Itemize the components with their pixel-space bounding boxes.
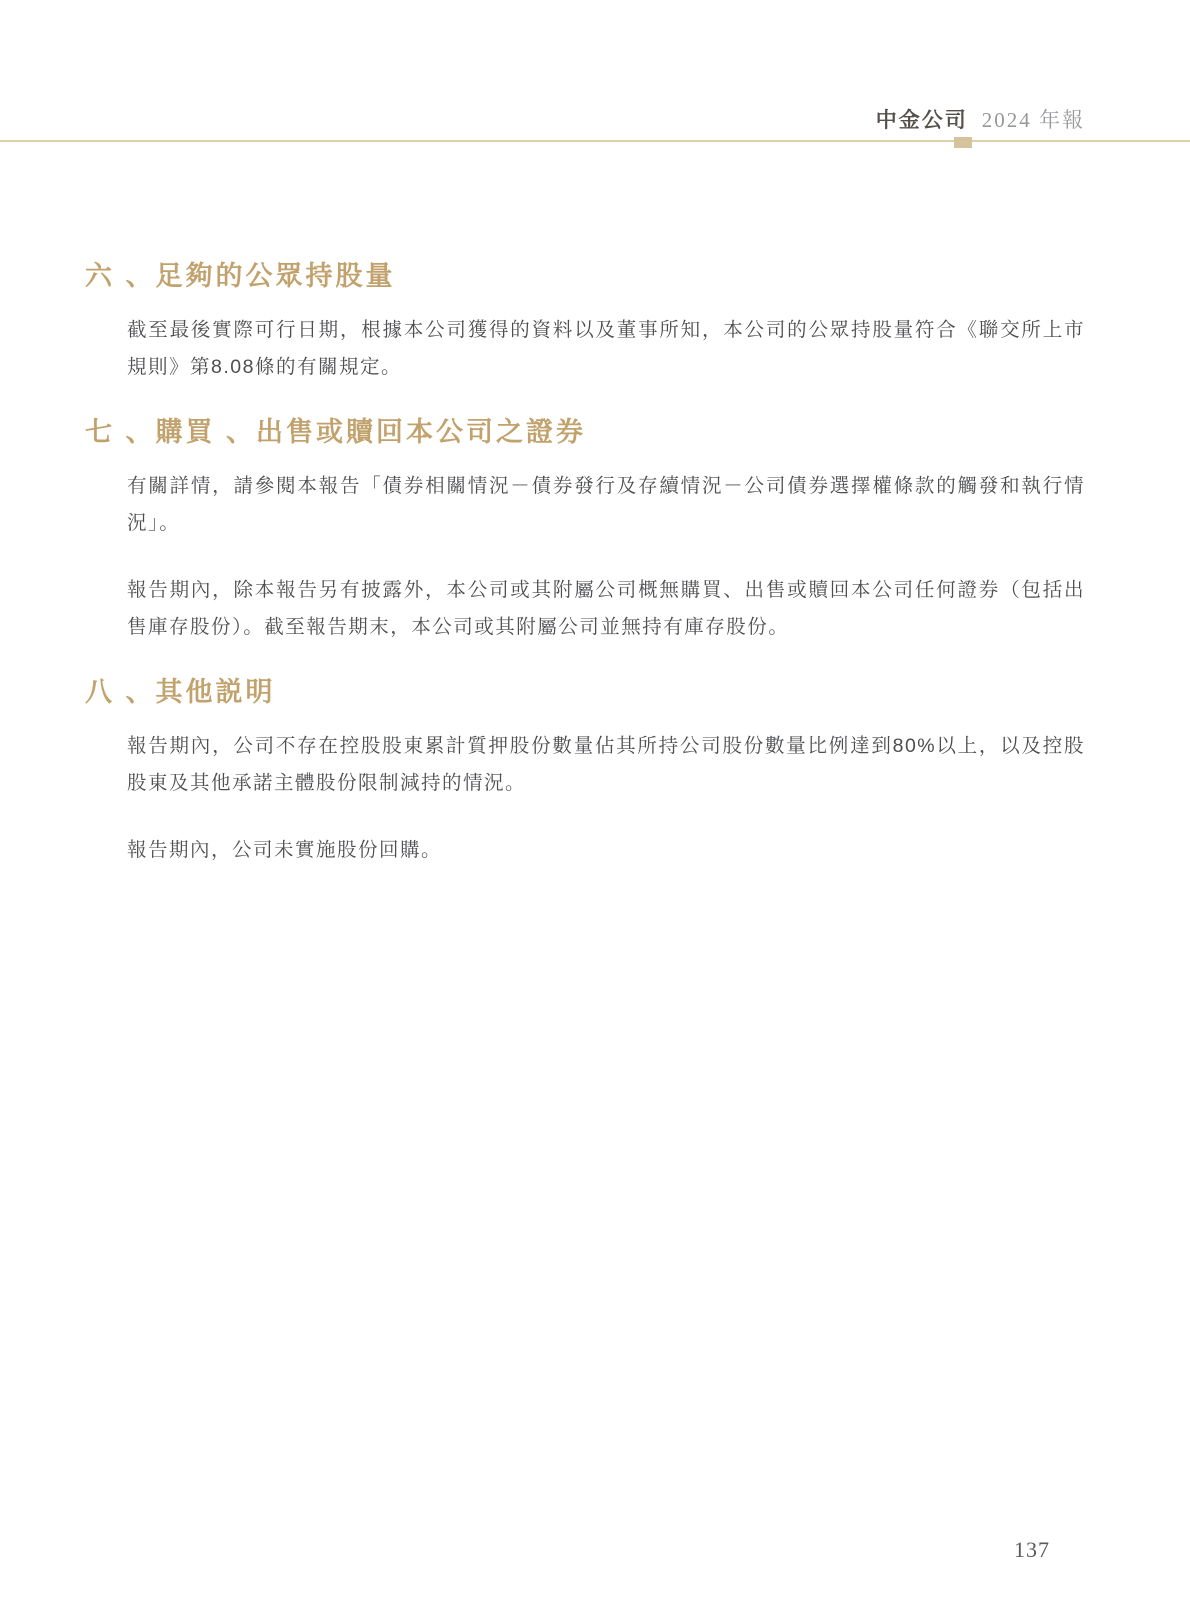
section-public-float: 六 、足夠的公眾持股量 截至最後實際可行日期，根據本公司獲得的資料以及董事所知，…: [85, 258, 1085, 386]
section-heading: 八 、其他説明: [85, 674, 1085, 710]
report-page: 中金公司2024 年報 六 、足夠的公眾持股量 截至最後實際可行日期，根據本公司…: [0, 0, 1190, 1615]
section-body: 截至最後實際可行日期，根據本公司獲得的資料以及董事所知，本公司的公眾持股量符合《…: [127, 312, 1085, 386]
header-rule-marker: [954, 137, 972, 148]
report-year: 2024 年報: [982, 108, 1085, 132]
page-number: 137: [1014, 1537, 1050, 1563]
section-body: 有關詳情，請參閱本報告「債券相關情況－債券發行及存續情況－公司債券選擇權條款的觸…: [127, 468, 1085, 646]
section-other-notes: 八 、其他説明 報告期內，公司不存在控股股東累計質押股份數量佔其所持公司股份數量…: [85, 674, 1085, 869]
paragraph: 報告期內，公司未實施股份回購。: [127, 832, 1085, 869]
section-heading: 六 、足夠的公眾持股量: [85, 258, 1085, 294]
paragraph: 有關詳情，請參閱本報告「債券相關情況－債券發行及存續情況－公司債券選擇權條款的觸…: [127, 468, 1085, 542]
header-title: 中金公司2024 年報: [876, 104, 1085, 134]
paragraph: 截至最後實際可行日期，根據本公司獲得的資料以及董事所知，本公司的公眾持股量符合《…: [127, 312, 1085, 386]
header-rule: [0, 140, 1190, 142]
section-body: 報告期內，公司不存在控股股東累計質押股份數量佔其所持公司股份數量比例達到80%以…: [127, 728, 1085, 869]
paragraph: 報告期內，公司不存在控股股東累計質押股份數量佔其所持公司股份數量比例達到80%以…: [127, 728, 1085, 802]
document-body: 六 、足夠的公眾持股量 截至最後實際可行日期，根據本公司獲得的資料以及董事所知，…: [85, 258, 1085, 897]
paragraph: 報告期內，除本報告另有披露外，本公司或其附屬公司概無購買、出售或贖回本公司任何證…: [127, 572, 1085, 646]
page-header: 中金公司2024 年報: [0, 0, 1190, 160]
company-name: 中金公司: [876, 108, 968, 132]
section-heading: 七 、購買 、出售或贖回本公司之證券: [85, 414, 1085, 450]
section-purchase-sale-redemption: 七 、購買 、出售或贖回本公司之證券 有關詳情，請參閱本報告「債券相關情況－債券…: [85, 414, 1085, 646]
